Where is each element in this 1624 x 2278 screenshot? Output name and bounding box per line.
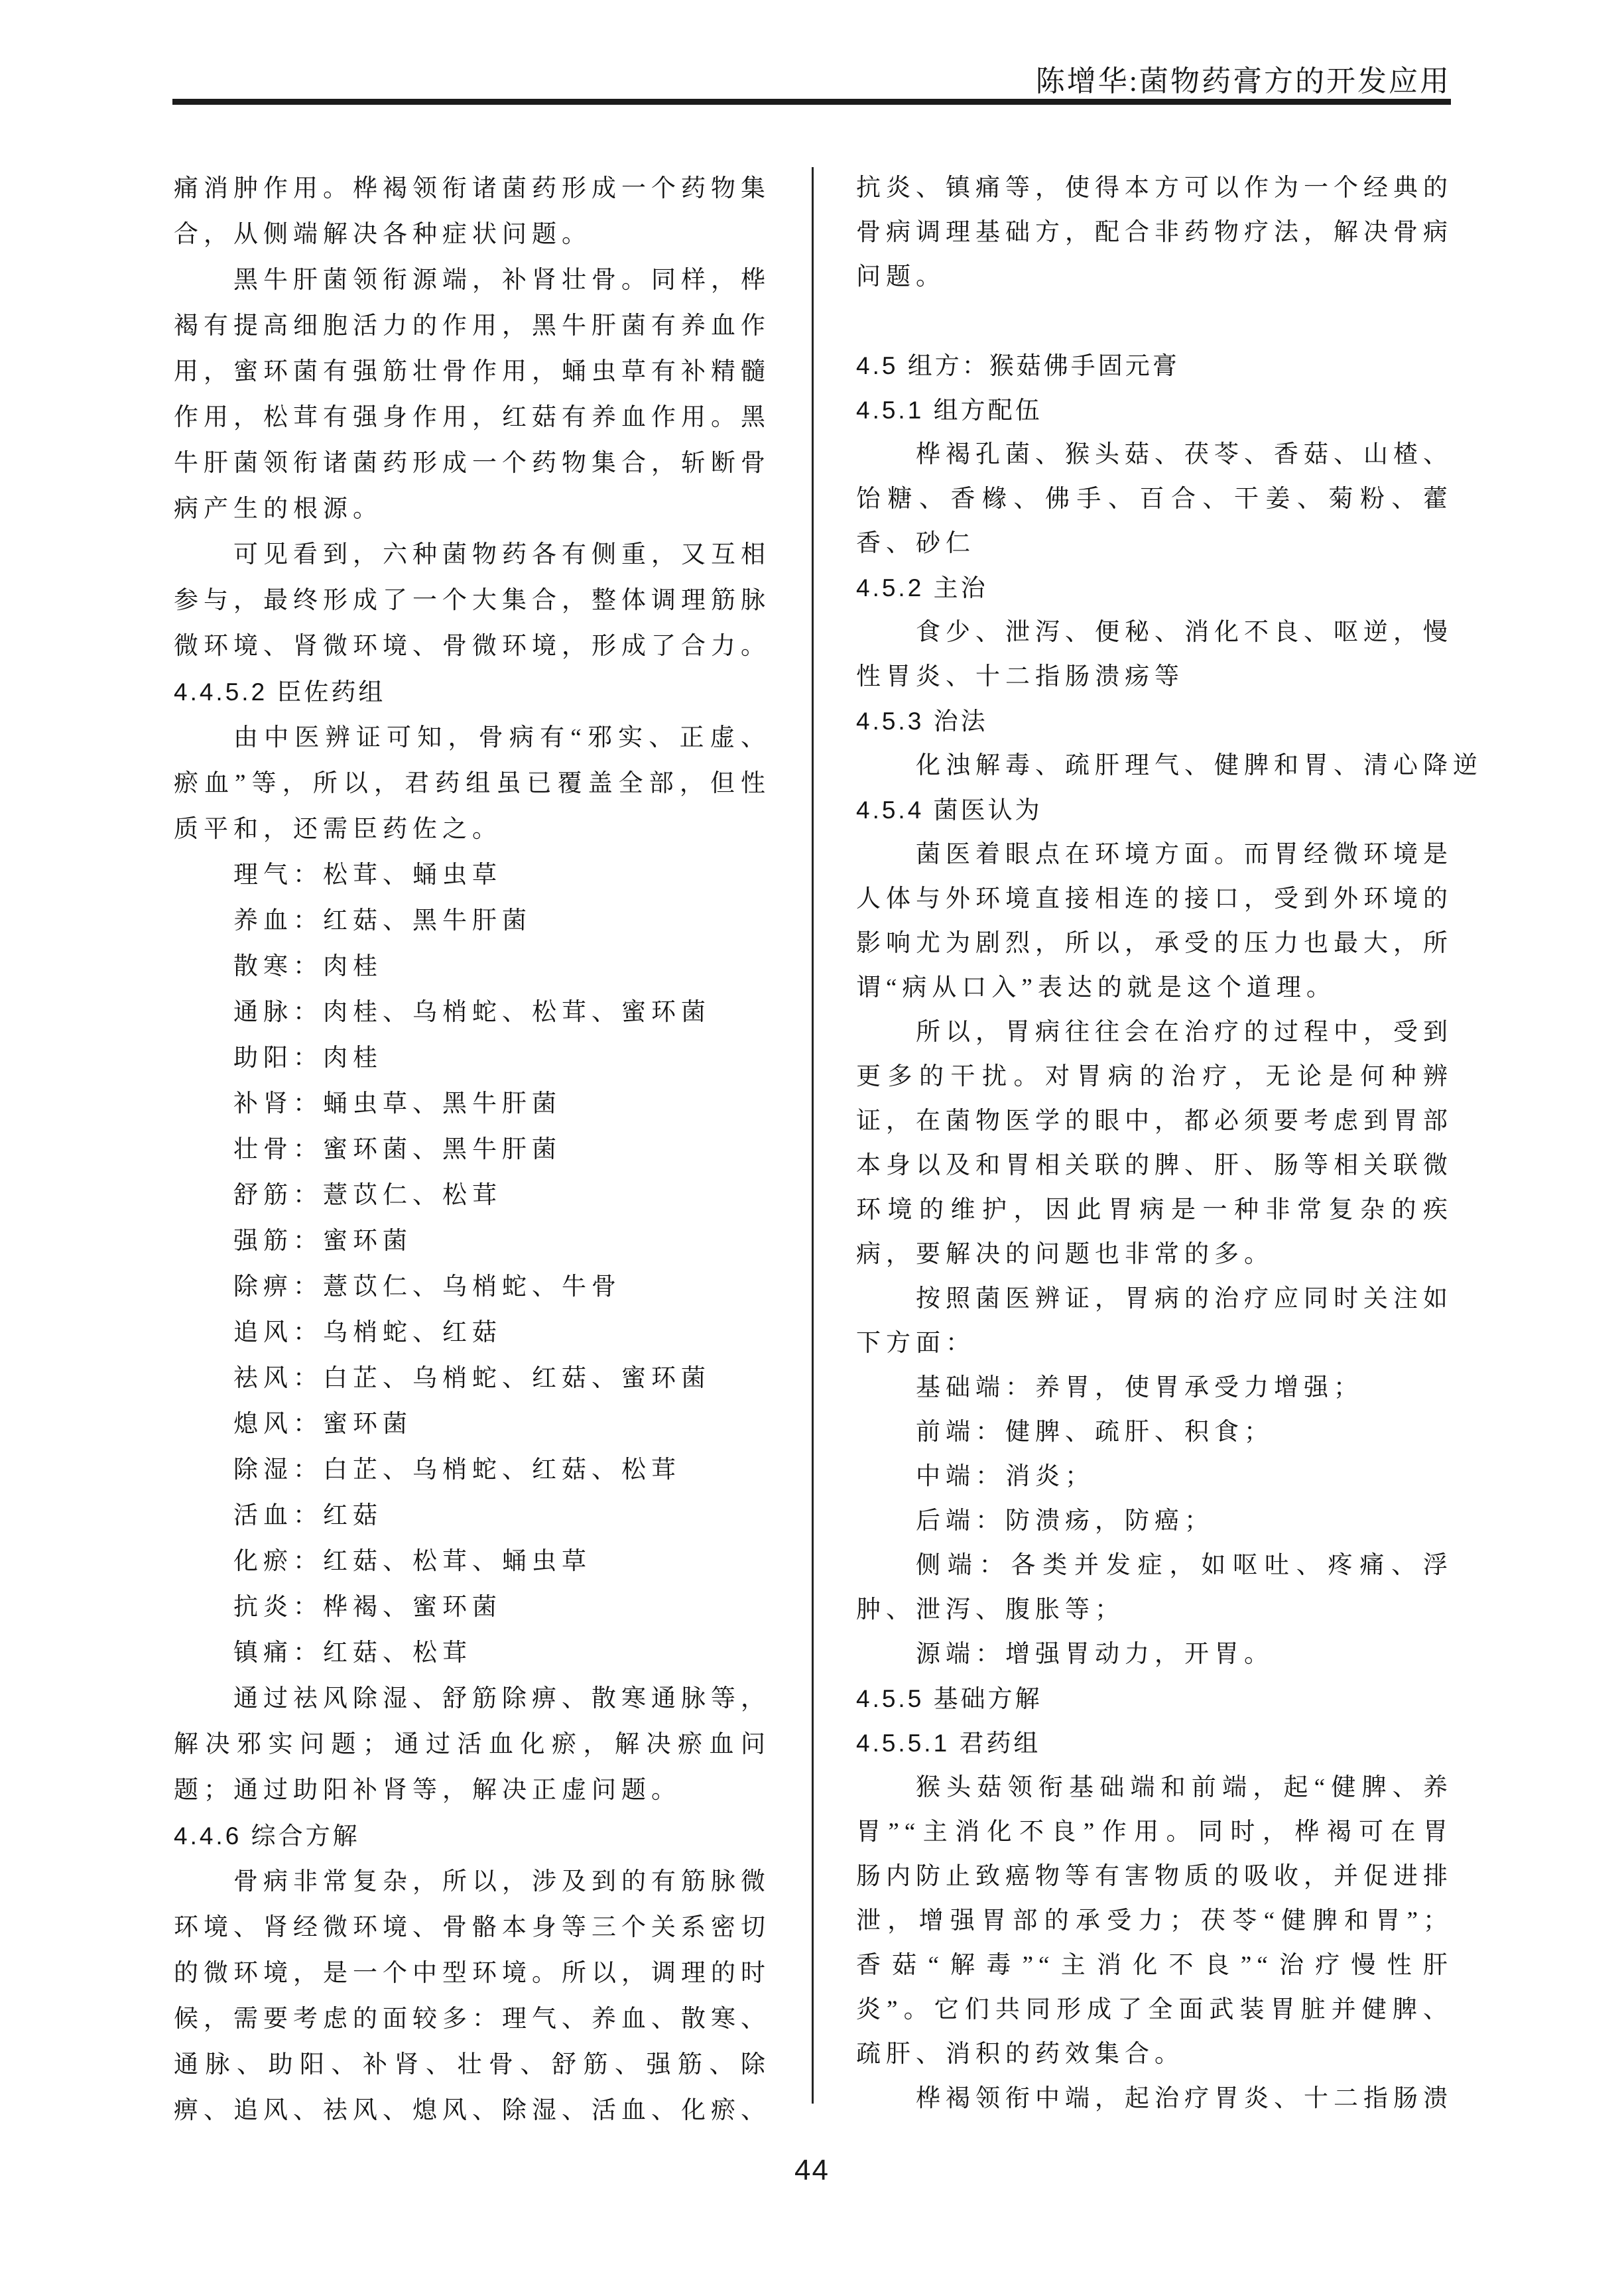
text-line: 壮骨：蜜环菌、黑牛肝菌 — [174, 1127, 771, 1172]
section-heading: 4.4.6 综合方解 — [174, 1813, 771, 1859]
text-line: 由中医辨证可知，骨病有“邪实、正虚、 — [174, 715, 771, 761]
text-line: 题；通过助阳补肾等，解决正虚问题。 — [174, 1767, 771, 1813]
text-line: 肿、泄泻、腹胀等； — [856, 1588, 1453, 1632]
text-line: 参与，最终形成了一个大集合，整体调理筋脉 — [174, 578, 771, 623]
section-heading: 4.5 组方：猴菇佛手固元膏 — [856, 344, 1453, 388]
right-column: 抗炎、镇痛等，使得本方可以作为一个经典的骨病调理基础方，配合非药物疗法，解决骨病… — [856, 166, 1453, 2121]
section-heading: 4.5.1 组方配伍 — [856, 388, 1453, 432]
text-line: 本身以及和胃相关联的脾、肝、肠等相关联微 — [856, 1143, 1453, 1188]
book-page: 陈增华:菌物药膏方的开发应用 痛消肿作用。桦褐领衔诸菌药形成一个药物集合，从侧端… — [0, 0, 1624, 2278]
text-line: 环境的维护，因此胃病是一种非常复杂的疾 — [856, 1188, 1453, 1232]
text-line: 舒筋：薏苡仁、松茸 — [174, 1172, 771, 1218]
text-line: 合，从侧端解决各种症状问题。 — [174, 212, 771, 257]
section-heading: 4.5.5 基础方解 — [856, 1677, 1453, 1721]
text-line: 黑牛肝菌领衔源端，补肾壮骨。同样，桦 — [174, 257, 771, 303]
text-line: 镇痛：红菇、松茸 — [174, 1630, 771, 1676]
text-line: 抗炎、镇痛等，使得本方可以作为一个经典的 — [856, 166, 1453, 210]
text-line: 胃”“主消化不良”作用。同时，桦褐可在胃 — [856, 1810, 1453, 1854]
text-line: 瘀血”等，所以，君药组虽已覆盖全部，但性 — [174, 761, 771, 806]
header-rule — [172, 99, 1451, 105]
text-line: 化瘀：红菇、松茸、蛹虫草 — [174, 1539, 771, 1584]
text-line: 证，在菌物医学的眼中，都必须要考虑到胃部 — [856, 1099, 1453, 1143]
left-column: 痛消肿作用。桦褐领衔诸菌药形成一个药物集合，从侧端解决各种症状问题。黑牛肝菌领衔… — [174, 166, 771, 2133]
text-line: 牛肝菌领衔诸菌药形成一个药物集合，斩断骨 — [174, 440, 771, 486]
running-header-title: 陈增华:菌物药膏方的开发应用 — [1036, 57, 1451, 99]
section-heading: 4.5.5.1 君药组 — [856, 1721, 1453, 1765]
text-line: 作用，松茸有强身作用，红菇有养血作用。黑 — [174, 395, 771, 440]
text-line: 源端：增强胃动力，开胃。 — [856, 1632, 1453, 1677]
text-line: 下方面： — [856, 1321, 1453, 1365]
text-line: 追风：乌梢蛇、红菇 — [174, 1310, 771, 1356]
text-line: 养血：红菇、黑牛肝菌 — [174, 898, 771, 944]
text-line: 环境、肾经微环境、骨骼本身等三个关系密切 — [174, 1905, 771, 1950]
text-line: 可见看到，六种菌物药各有侧重，又互相 — [174, 532, 771, 578]
text-line: 褐有提高细胞活力的作用，黑牛肝菌有养血作 — [174, 303, 771, 349]
text-line: 微环境、肾微环境、骨微环境，形成了合力。 — [174, 623, 771, 669]
text-line: 用，蜜环菌有强筋壮骨作用，蛹虫草有补精髓 — [174, 349, 771, 395]
text-line: 痹、追风、祛风、熄风、除湿、活血、化瘀、 — [174, 2088, 771, 2133]
text-line: 性胃炎、十二指肠溃疡等 — [856, 655, 1453, 699]
text-line: 基础端：养胃，使胃承受力增强； — [856, 1365, 1453, 1410]
text-line: 骨病调理基础方，配合非药物疗法，解决骨病 — [856, 210, 1453, 255]
section-heading: 4.5.2 主治 — [856, 566, 1453, 610]
text-line: 补肾：蛹虫草、黑牛肝菌 — [174, 1081, 771, 1127]
page-number: 44 — [0, 2154, 1624, 2187]
text-line: 所以，胃病往往会在治疗的过程中，受到 — [856, 1010, 1453, 1054]
text-line: 问题。 — [856, 255, 1453, 299]
text-line: 泄，增强胃部的承受力；茯苓“健脾和胃”； — [856, 1899, 1453, 1943]
text-line: 肠内防止致癌物等有害物质的吸收，并促进排 — [856, 1854, 1453, 1899]
section-heading: 4.4.5.2 臣佐药组 — [174, 669, 771, 715]
text-line: 香、砂仁 — [856, 521, 1453, 566]
text-line: 人体与外环境直接相连的接口，受到外环境的 — [856, 877, 1453, 921]
text-line: 痛消肿作用。桦褐领衔诸菌药形成一个药物集 — [174, 166, 771, 212]
text-line: 的微环境，是一个中型环境。所以，调理的时 — [174, 1950, 771, 1996]
text-line: 菌医着眼点在环境方面。而胃经微环境是 — [856, 832, 1453, 877]
text-line: 候，需要考虑的面较多：理气、养血、散寒、 — [174, 1996, 771, 2042]
text-line: 骨病非常复杂，所以，涉及到的有筋脉微 — [174, 1859, 771, 1905]
text-line: 除湿：白芷、乌梢蛇、红菇、松茸 — [174, 1447, 771, 1493]
text-line: 通脉：肉桂、乌梢蛇、松茸、蜜环菌 — [174, 989, 771, 1035]
text-line: 桦褐领衔中端，起治疗胃炎、十二指肠溃 — [856, 2076, 1453, 2121]
text-line: 通脉、助阳、补肾、壮骨、舒筋、强筋、除 — [174, 2042, 771, 2088]
text-line: 通过祛风除湿、舒筋除痹、散寒通脉等， — [174, 1676, 771, 1722]
section-heading: 4.5.4 菌医认为 — [856, 788, 1453, 832]
text-line: 后端：防溃疡，防癌； — [856, 1499, 1453, 1543]
column-divider — [812, 167, 814, 2104]
text-line: 香菇“解毒”“主消化不良”“治疗慢性肝 — [856, 1943, 1453, 1988]
text-line: 抗炎：桦褐、蜜环菌 — [174, 1584, 771, 1630]
section-heading: 4.5.3 治法 — [856, 699, 1453, 743]
text-line: 桦褐孔菌、猴头菇、茯苓、香菇、山楂、 — [856, 432, 1453, 477]
text-line: 炎”。它们共同形成了全面武装胃脏并健脾、 — [856, 1988, 1453, 2032]
text-line: 强筋：蜜环菌 — [174, 1218, 771, 1264]
text-line: 按照菌医辨证，胃病的治疗应同时关注如 — [856, 1277, 1453, 1321]
text-line: 猴头菇领衔基础端和前端，起“健脾、养 — [856, 1765, 1453, 1810]
text-line: 影响尤为剧烈，所以，承受的压力也最大，所 — [856, 921, 1453, 966]
text-line: 活血：红菇 — [174, 1493, 771, 1539]
text-line: 熄风：蜜环菌 — [174, 1401, 771, 1447]
text-line: 病产生的根源。 — [174, 486, 771, 532]
text-line: 侧端：各类并发症，如呕吐、疼痛、浮 — [856, 1543, 1453, 1588]
text-line: 前端：健脾、疏肝、积食； — [856, 1410, 1453, 1454]
text-line: 谓“病从口入”表达的就是这个道理。 — [856, 966, 1453, 1010]
text-line: 食少、泄泻、便秘、消化不良、呕逆，慢 — [856, 610, 1453, 655]
text-line: 化浊解毒、疏肝理气、健脾和胃、清心降逆 — [856, 743, 1453, 788]
text-line: 助阳：肉桂 — [174, 1035, 771, 1081]
text-line: 饴糖、香橼、佛手、百合、干姜、菊粉、藿 — [856, 477, 1453, 521]
text-line: 除痹：薏苡仁、乌梢蛇、牛骨 — [174, 1264, 771, 1310]
text-line: 中端：消炎； — [856, 1454, 1453, 1499]
text-line: 更多的干扰。对胃病的治疗，无论是何种辨 — [856, 1054, 1453, 1099]
text-line: 散寒：肉桂 — [174, 944, 771, 989]
text-line: 病，要解决的问题也非常的多。 — [856, 1232, 1453, 1277]
text-line: 理气：松茸、蛹虫草 — [174, 852, 771, 898]
text-line: 祛风：白芷、乌梢蛇、红菇、蜜环菌 — [174, 1356, 771, 1401]
text-line: 质平和，还需臣药佐之。 — [174, 806, 771, 852]
text-line: 解决邪实问题；通过活血化瘀，解决瘀血问 — [174, 1722, 771, 1767]
text-line: 疏肝、消积的药效集合。 — [856, 2032, 1453, 2076]
